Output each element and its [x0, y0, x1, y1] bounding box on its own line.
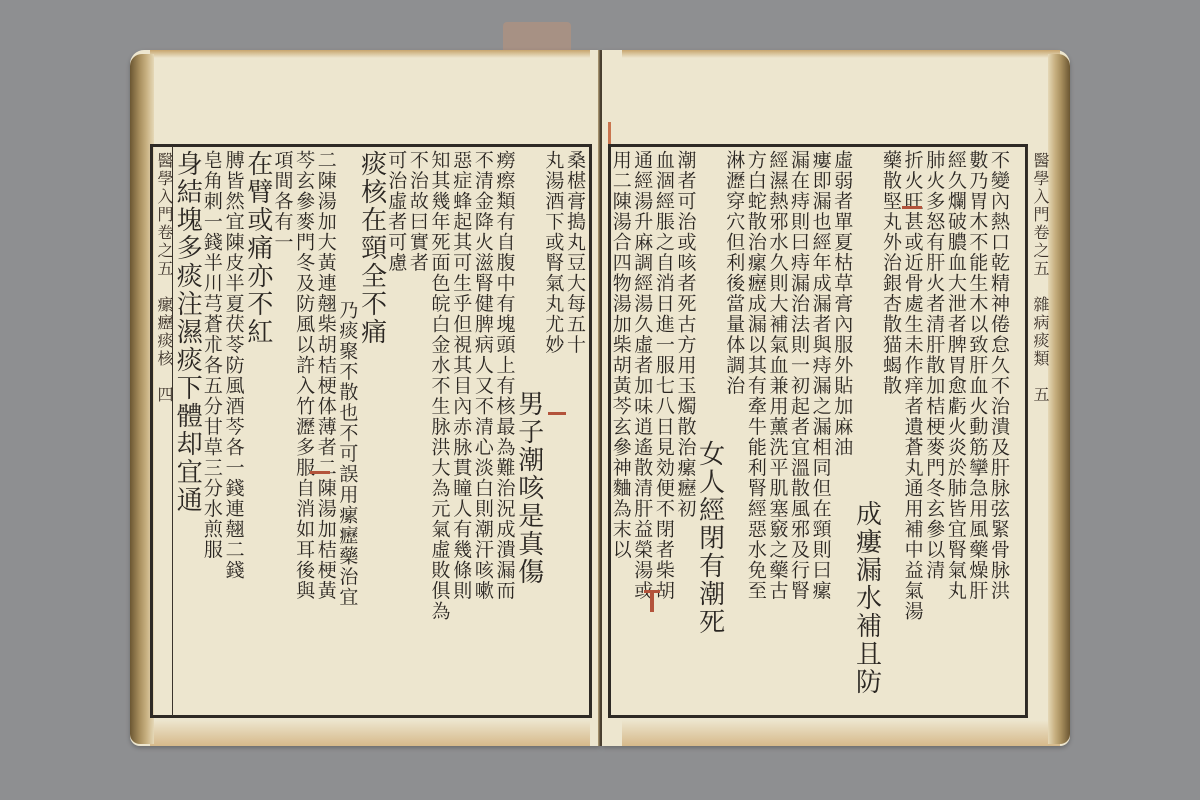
open-book: 醫學入門卷之五 瘰癧痰核 四 桑椹膏搗丸豆大每五十 丸湯酒下或腎氣丸尤妙 男子潮…: [130, 50, 1070, 750]
text-column: 淋瀝穿穴但利後當量体調治: [726, 150, 748, 712]
text-column: 肺火多怒有肝火者清肝散加桔梗麥門冬玄參以清: [926, 150, 948, 712]
text-column: 藥散堅丸外治銀杏散猫蝎散: [882, 150, 904, 712]
top-stain: [622, 50, 1060, 58]
right-margin-title-text: 醫學入門卷之五 雜病痰類 五: [1029, 152, 1052, 404]
text-column: 虛弱者單夏枯草膏內服外貼加麻油: [834, 150, 856, 712]
text-column: 不清金降火滋腎健脾病人又不清心淡白則潮汗咳嗽: [474, 150, 496, 712]
text-column: 經濕熱邪水久則大補氣血兼用薰洗平肌塞竅之藥古: [769, 150, 791, 712]
text-column: 漏在痔則曰痔漏治法則一初起者宜溫散風邪及行腎: [790, 150, 812, 712]
right-text-columns: 不變內熱口乾精神倦怠久不治潰及肝脉弦緊骨脉洪 數乃胃木不能生木以致肝血火動筋攣急…: [612, 150, 1012, 712]
left-page: 醫學入門卷之五 瘰癧痰核 四 桑椹膏搗丸豆大每五十 丸湯酒下或腎氣丸尤妙 男子潮…: [130, 50, 600, 746]
text-column: 膊皆然宜陳皮半夏茯苓防風酒芩各一錢連翹二錢: [225, 150, 247, 712]
text-column: 潮者可治或咳者死古方用玉燭散治瘰癧初: [677, 150, 699, 712]
top-stain: [150, 50, 590, 58]
text-column: 桑椹膏搗丸豆大每五十: [566, 150, 588, 712]
right-margin-title: 醫學入門卷之五 雜病痰類 五: [1027, 146, 1048, 716]
text-column: 癆瘵類有自腹中有塊頭上有核最為難治況成潰漏而: [496, 150, 518, 712]
left-margin-title: 醫學入門卷之五 瘰癧痰核 四: [152, 146, 173, 716]
text-column: 方白蛇散治瘰癧成漏以其有牽牛能利腎經惡水免至: [747, 150, 769, 712]
text-column-heading: 痰核在頸全不痛: [360, 150, 387, 712]
text-column: 芩玄參麥門冬及防風以許入竹瀝多服自消如耳後與: [295, 150, 317, 712]
text-column: 不治故曰實者: [409, 150, 431, 712]
text-column: 折火旺甚或近骨處生未作痒者遺蒼丸通用補中益氣湯: [904, 150, 926, 712]
text-column-heading: 女人經閉有潮死: [698, 440, 725, 712]
text-column: 乃痰聚不散也不可誤用瘰癧藥治宜: [339, 300, 361, 712]
text-column: 經久爛破膿血大泄者脾胃愈虧火炎於肺皆宜腎氣丸: [947, 150, 969, 712]
text-column: 丸湯酒下或腎氣丸尤妙: [545, 150, 567, 712]
text-column: 血涸經脹之自消日進一服七八日見効便不閉者柴胡: [655, 150, 677, 712]
left-text-columns: 桑椹膏搗丸豆大每五十 丸湯酒下或腎氣丸尤妙 男子潮咳是真傷 癆瘵類有自腹中有塊頭…: [176, 150, 588, 712]
bottom-stain: [622, 720, 1060, 746]
text-column-heading: 在臂或痛亦不紅: [247, 150, 274, 712]
red-annotation-mark: [902, 206, 922, 209]
text-column: 項間各有一: [274, 150, 296, 712]
text-column-heading: 成瘻漏水補且防: [855, 500, 882, 712]
red-annotation-mark: [548, 412, 566, 415]
text-column-heading: 男子潮咳是真傷: [517, 390, 544, 712]
text-column: 皂角刺一錢半川芎蒼朮各五分甘草三分水煎服: [203, 150, 225, 712]
text-column: 知其幾年死面色皖白金水不生脉洪大為元氣虛敗俱為: [431, 150, 453, 712]
red-annotation-mark: [310, 471, 330, 474]
text-column: 通經湯升麻調經湯久虛者加味逍遙散清肝益榮湯或: [634, 150, 656, 712]
text-column: 瘻即漏也經年成漏者與痔漏之漏相同但在頸則曰瘰: [812, 150, 834, 712]
text-column: 可治虛者可慮: [388, 150, 410, 712]
red-annotation-mark: [650, 590, 654, 612]
text-column-heading: 身結塊多痰注濕痰下體却宜通: [176, 150, 203, 712]
text-column: 數乃胃木不能生木以致肝血火動筋攣急用風藥燥肝: [969, 150, 991, 712]
red-corner-mark: [608, 122, 611, 144]
right-page: 醫學入門卷之五 雜病痰類 五 不變內熱口乾精神倦怠久不治潰及肝脉弦緊骨脉洪 數乃…: [602, 50, 1070, 746]
text-column: 用二陳湯合四物湯加柴胡黃芩玄參神麯為末以: [612, 150, 634, 712]
text-column: 不變內熱口乾精神倦怠久不治潰及肝脉弦緊骨脉洪: [990, 150, 1012, 712]
text-column: 惡症蜂起其可生乎但視其目內赤脉貫瞳人有幾條則: [453, 150, 475, 712]
text-column: 二陳湯加大黃連翹柴胡桔梗体薄者二陳湯加桔梗黃: [317, 150, 339, 712]
left-margin-title-text: 醫學入門卷之五 瘰癧痰核 四: [153, 152, 176, 404]
bottom-stain: [150, 720, 590, 746]
